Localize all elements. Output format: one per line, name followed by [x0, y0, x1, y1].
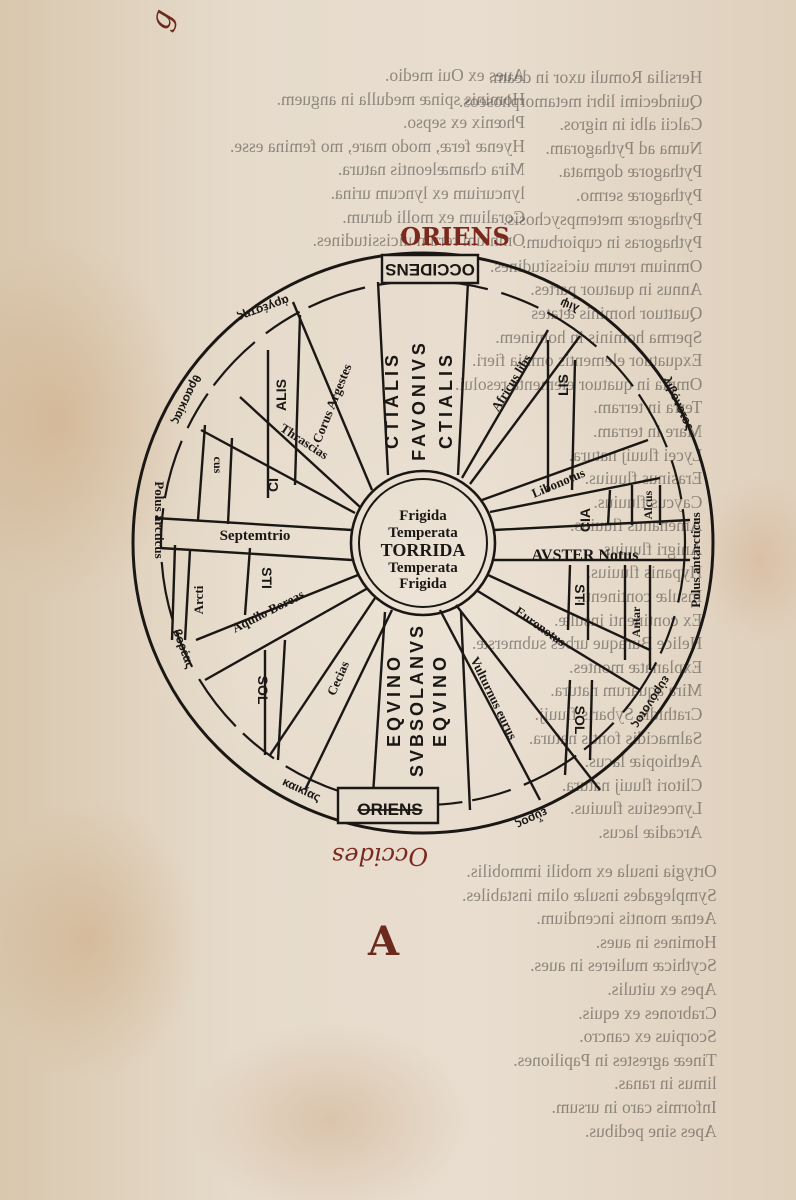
wind-west-line1: CTIALIS [382, 351, 402, 449]
zone-fragment: STI [572, 584, 588, 606]
zone-fragment: cus [211, 457, 225, 474]
zone-fragment: Antar [629, 606, 643, 637]
wind-septemtrio: Septemtrio [220, 528, 291, 544]
wind-west-line3: CTIALIS [436, 351, 456, 449]
zone-fragment: ALIS [273, 379, 289, 411]
greek-thrascias: θρασκίας [169, 373, 204, 427]
zone-fragment: SOL [255, 676, 271, 705]
zone-frigida-top: Frigida [399, 508, 447, 524]
wind-favonius: FAVONIVS [409, 339, 429, 461]
greek-libonotos: λιβόνοτος [660, 375, 697, 433]
zone-temperata-bottom: Temperata [388, 560, 458, 576]
cardinal-occidens: OCCIDENS [385, 260, 475, 279]
zone-fragment: LIS [555, 374, 571, 396]
wind-africus-libs: Africus libs [488, 352, 535, 414]
cardinal-oriens: ORIENS [357, 800, 422, 819]
greek-euros: εὖρος [513, 805, 550, 833]
zone-fragment: Alcus [641, 490, 655, 519]
polus-arcticus: Polus arcticus [152, 481, 167, 558]
zone-torrida: TORRIDA [381, 540, 466, 560]
wind-auster-notus: AVSTER Notus [532, 547, 639, 564]
greek-boreas: βορέας [170, 627, 197, 670]
zone-fragment: CI [265, 478, 281, 492]
wind-east-line1: EQVINO [384, 653, 404, 747]
zone-temperata-top: Temperata [388, 525, 458, 541]
zone-fragment: STI [259, 567, 275, 589]
greek-argestes: ἀργέστης [236, 293, 292, 325]
zone-fragment: CIA [577, 508, 593, 532]
zone-fragment: SOL [572, 706, 588, 735]
wind-cecias: Cecias [324, 659, 352, 698]
wind-vulturnus-eurus: Vulturnus eurus [468, 654, 521, 742]
wind-subsolanus: SVBSOLANVS [407, 623, 427, 777]
zone-frigida-bottom: Frigida [399, 576, 447, 592]
polus-antarcticus: Polus antarcticus [688, 512, 703, 607]
handwritten-oriens: ORIENS [400, 222, 510, 251]
wind-euronotus: Euronotus [512, 603, 568, 649]
zone-fragment: Arcti [191, 585, 206, 614]
wind-rose-diagram: OCCIDENS ORIENS ORIENS Occides Frigida T… [0, 0, 796, 1200]
handwritten-occides: Occides [332, 842, 428, 870]
wind-east-line3: EQVINO [430, 653, 450, 747]
